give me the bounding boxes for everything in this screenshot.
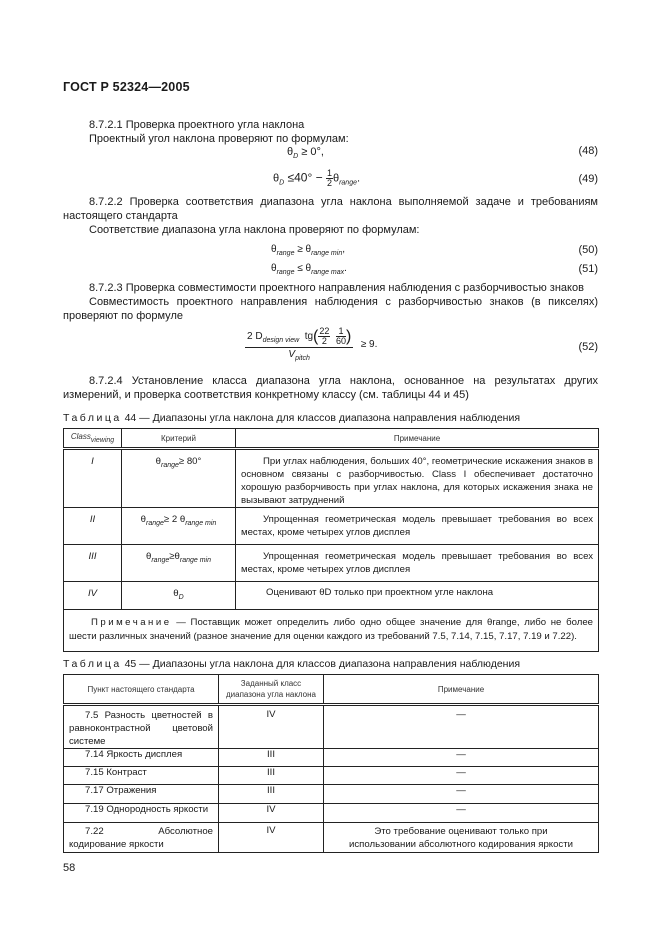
table-row: 7.19 Однородность яркости IV — [64,804,599,823]
table-44-header-class: Classviewing [64,429,122,449]
table-44-header-note: Примечание [236,429,599,449]
table-45-header-clause: Пункт настоящего стандарта [64,675,219,705]
table-row: I θrange≥ 80° При углах наблюдения, боль… [64,449,599,508]
page-number: 58 [63,861,75,875]
formula-52-number: (52) [578,341,598,353]
formula-48-number: (48) [578,145,598,157]
document-header: ГОСТ Р 52324—2005 [63,80,190,94]
formula-49-number: (49) [578,173,598,185]
formula-52: 2 Ddesign view tg(222 160) Vpitch ≥ 9. [245,327,377,362]
section-8722-intro: Соответствие диапазона угла наклона пров… [89,223,419,237]
table-row: 7.14 Яркость дисплея III — [64,749,599,767]
table-row: 7.15 Контраст III — [64,767,599,785]
table-45-caption: Таблица 45 — Диапазоны угла наклона для … [63,657,520,671]
table-row: IV θD Оценивают θD только при проектном … [64,582,599,610]
table-45-header-class: Заданный класс диапазона угла наклона [219,675,324,705]
table-row: III θrange≥θrange min Упрощенная геометр… [64,545,599,582]
section-8723-intro: Совместимость проектного направления наб… [63,295,598,323]
table-row: 7.5 Разность цветностей в равноконтрастн… [64,705,599,749]
table-row: 7.17 Отражения III — [64,785,599,804]
section-8722-title: 8.7.2.2 Проверка соответствия диапазона … [63,195,598,223]
table-44-header-criterion: Критерий [122,429,236,449]
formula-48: θD ≥ 0°, [287,145,324,164]
section-8724-title: 8.7.2.4 Установление класса диапазона уг… [63,374,598,402]
section-8721-intro: Проектный угол наклона проверяют по форм… [89,132,349,146]
table-44: Classviewing Критерий Примечание I θrang… [63,428,599,652]
formula-51-number: (51) [578,263,598,275]
formula-49: θD ≤40° − 12θrange. [273,169,360,190]
table-45: Пункт настоящего стандарта Заданный клас… [63,674,599,853]
table-45-header-note: Примечание [324,675,599,705]
table-row: II θrange≥ 2 θrange min Упрощенная геоме… [64,508,599,545]
table-row: 7.22 Абсолютное кодирование яркости IV Э… [64,823,599,853]
table-44-footnote: Примечание — Поставщик может определить … [64,610,599,652]
section-8723-title: 8.7.2.3 Проверка совместимости проектног… [89,281,584,295]
formula-50: θrange ≥ θrange min, [271,243,345,261]
formula-50-number: (50) [578,244,598,256]
table-44-caption: Таблица 44 — Диапазоны угла наклона для … [63,411,520,425]
formula-51: θrange ≤ θrange max. [271,262,347,280]
section-8721-title: 8.7.2.1 Проверка проектного угла наклона [89,118,304,132]
